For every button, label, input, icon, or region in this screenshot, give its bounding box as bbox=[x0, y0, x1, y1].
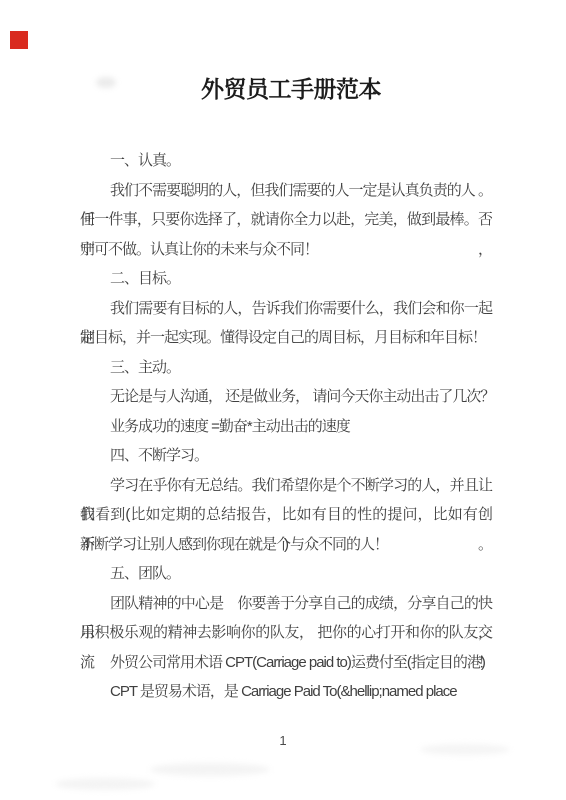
document-line: 五、团队。 bbox=[80, 559, 492, 589]
document-line: 二、目标。 bbox=[80, 264, 492, 294]
document-line: 定目标，并一起实现。懂得设定自己的周目标，月目标和年目标！ bbox=[80, 323, 492, 353]
document-line: 一、认真。 bbox=[80, 146, 492, 176]
scan-smudge bbox=[55, 778, 155, 790]
document-line: 我们需要有目标的人，告诉我们你需要什么，我们会和你一起制 bbox=[80, 294, 492, 324]
document-line: 无论是与人沟通， 还是做业务， 请问今天你主动出击了几次？ bbox=[80, 382, 492, 412]
document-line: 们看到(比如定期的总结报告，比如有目的性的提问，比如有创新)。 bbox=[80, 500, 492, 530]
document-page: 外贸员工手册范本 一、认真。我们不需要聪明的人，但我们需要的人一定是认真负责的人… bbox=[0, 0, 566, 800]
page-number: 1 bbox=[0, 733, 566, 748]
document-line: CPT 是贸易术语，是 Carriage Paid To(&hellip;nam… bbox=[80, 677, 492, 707]
document-line: 业务成功的速度 =勤奋*主动出击的速度 bbox=[80, 412, 492, 442]
red-marker-square bbox=[10, 31, 28, 49]
document-line: 用积极乐观的精神去影响你的队友， 把你的心打开和你的队友交流！ bbox=[80, 618, 492, 648]
document-line: 四、不断学习。 bbox=[80, 441, 492, 471]
document-line: 学习在乎你有无总结。我们希望你是个不断学习的人，并且让我 bbox=[80, 471, 492, 501]
document-line: 何一件事，只要你选择了，就请你全力以赴，完美，做到最棒。否则， bbox=[80, 205, 492, 235]
document-line: 三、主动。 bbox=[80, 353, 492, 383]
page-title: 外贸员工手册范本 bbox=[0, 74, 566, 104]
scan-smudge bbox=[150, 763, 270, 776]
document-line: 我们不需要聪明的人，但我们需要的人一定是认真负责的人 。任 bbox=[80, 176, 492, 206]
document-line: 外贸公司常用术语 CPT(Carriage paid to)运费付至(指定目的港… bbox=[80, 648, 492, 678]
document-line: 团队精神的中心是 你要善于分享自己的成绩，分享自己的快乐， bbox=[80, 589, 492, 619]
document-body: 一、认真。我们不需要聪明的人，但我们需要的人一定是认真负责的人 。任何一件事，只… bbox=[80, 146, 492, 707]
